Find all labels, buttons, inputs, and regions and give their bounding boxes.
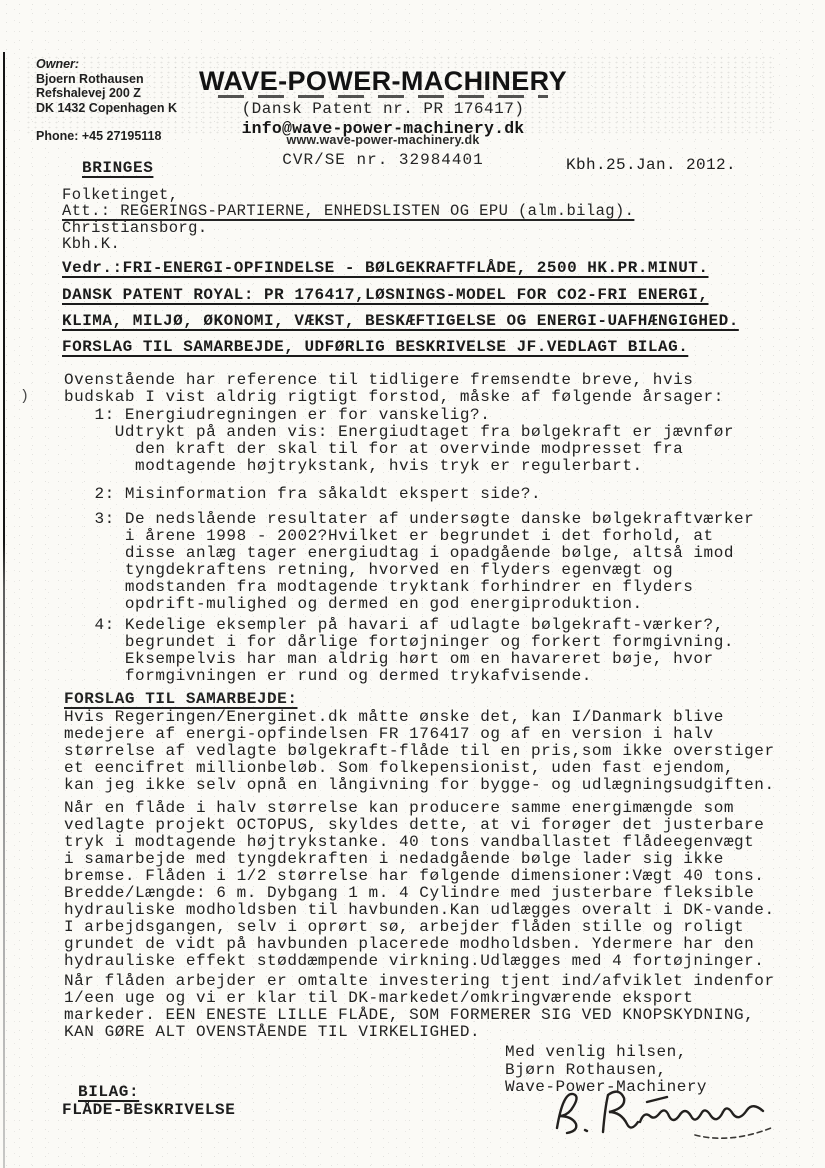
recipient-line-2: Att.: REGERINGS-PARTIERNE, ENHEDSLISTEN …: [62, 202, 634, 220]
company-title: WAVE-POWER-MACHINERY: [168, 66, 598, 96]
patent-number: (Dansk Patent nr. PR 176417): [168, 100, 598, 118]
delivery-note: BRINGES: [82, 159, 153, 177]
title-underline: [218, 95, 548, 98]
letter-date: Kbh.25.Jan. 2012.: [566, 156, 736, 174]
section-heading-forslag: FORSLAG TIL SAMARBEJDE:: [64, 691, 298, 708]
body-item-4: 4: Kedelige eksempler på havari af udlag…: [64, 617, 734, 685]
attachment-item: FLÅDE-BESKRIVELSE: [62, 1101, 235, 1119]
body-item-1: 1: Energiudregningen er for vanskelig?. …: [64, 407, 734, 475]
recipient-line-4: Kbh.K.: [62, 235, 120, 253]
body-paragraph-3: Når flåden arbejder er omtalte investeri…: [64, 973, 775, 1041]
cvr-number: CVR/SE nr. 32984401: [168, 151, 598, 169]
website-url: www.wave-power-machinery.dk: [168, 133, 598, 147]
owner-label: Owner:: [36, 57, 177, 72]
scanned-letter-page: ) Owner: Bjoern Rothausen Refshalevej 20…: [0, 0, 825, 1168]
body-paragraph-1: Hvis Regeringen/Energinet.dk måtte ønske…: [64, 709, 775, 794]
handwritten-signature: [545, 1078, 785, 1149]
body-paragraph-2: Når en flåde i halv størrelse kan produc…: [64, 800, 775, 970]
scan-stray-mark: ): [20, 388, 29, 405]
body-item-3: 3: De nedslående resultater af undersøgt…: [64, 511, 754, 613]
owner-address-line2: DK 1432 Copenhagen K: [36, 101, 177, 116]
subject-line-4: FORSLAG TIL SAMARBEJDE, UDFØRLIG BESKRIV…: [62, 338, 688, 356]
subject-line-3: KLIMA, MILJØ, ØKONOMI, VÆKST, BESKÆFTIGE…: [62, 312, 739, 330]
letterhead-owner-block: Owner: Bjoern Rothausen Refshalevej 200 …: [36, 57, 177, 144]
scan-edge-line: [3, 52, 5, 1168]
body-item-2: 2: Misinformation fra såkaldt ekspert si…: [64, 486, 541, 503]
subject-line-2: DANSK PATENT ROYAL: PR 176417,LØSNINGS-M…: [62, 286, 709, 304]
attachment-label: BILAG:: [78, 1083, 139, 1101]
owner-name: Bjoern Rothausen: [36, 72, 177, 87]
owner-address-line1: Refshalevej 200 Z: [36, 86, 177, 101]
owner-phone: Phone: +45 27195118: [36, 129, 177, 144]
body-intro: Ovenstående har reference til tidligere …: [64, 372, 724, 406]
subject-line-1: Vedr.:FRI-ENERGI-OPFINDELSE - BØLGEKRAFT…: [62, 259, 709, 277]
letterhead-center-block: WAVE-POWER-MACHINERY (Dansk Patent nr. P…: [168, 66, 598, 169]
